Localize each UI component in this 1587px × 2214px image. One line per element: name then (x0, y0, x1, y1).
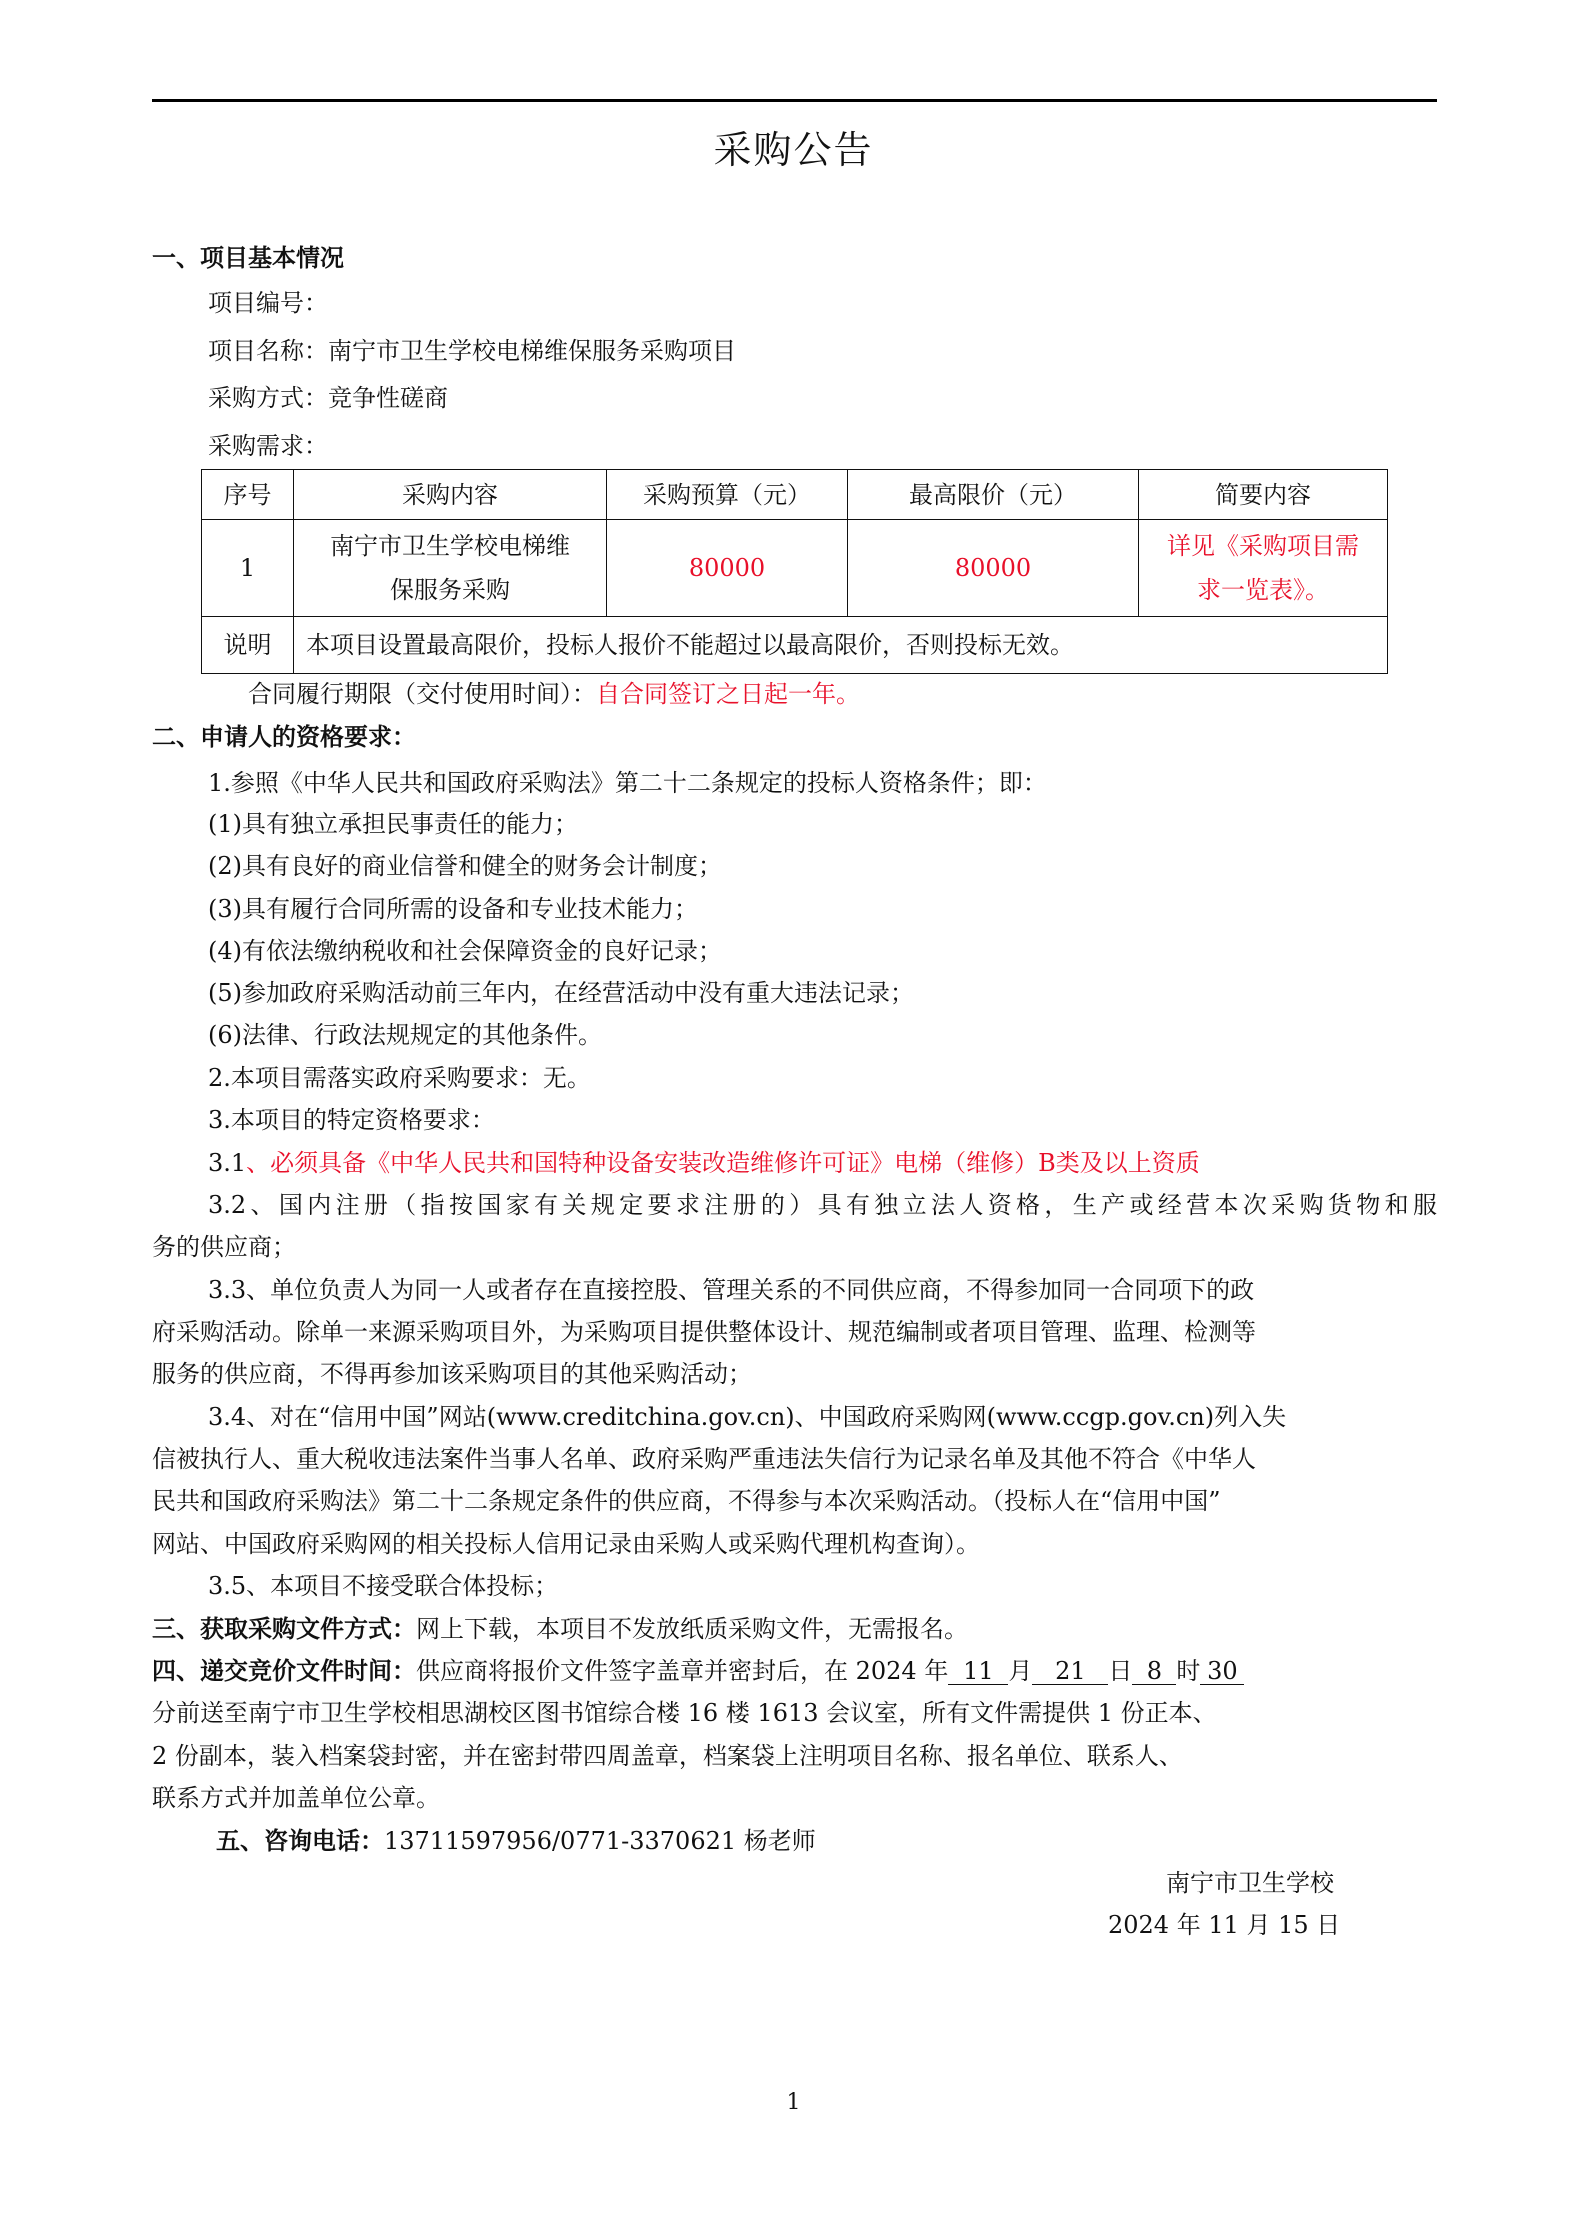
contract-period-label: 合同履行期限（交付使用时间）： (248, 680, 596, 708)
deadline-day: 21 (1032, 1658, 1108, 1685)
section3-row: 三、获取采购文件方式：网上下载，本项目不发放纸质采购文件，无需报名。 (152, 1613, 968, 1645)
item-3-5: 3.5、本项目不接受联合体投标； (208, 1570, 558, 1602)
qualification-item-3-1: 3.1、必须具备《中华人民共和国特种设备安装改造维修许可证》电梯（维修）B类及以… (208, 1147, 1200, 1179)
section5-heading: 五、咨询电话： (216, 1827, 384, 1855)
item-3-3-line: 府采购活动。除单一来源采购项目外，为采购项目提供整体设计、规范编制或者项目管理、… (152, 1316, 1256, 1348)
item-3-2-line: 务的供应商； (152, 1231, 296, 1263)
cell-content: 南宁市卫生学校电梯维 保服务采购 (294, 520, 607, 617)
section5-row: 五、咨询电话：13711597956/0771-3370621 杨老师 (216, 1825, 816, 1857)
qualification-sub-item: (2)具有良好的商业信誉和健全的财务会计制度； (208, 850, 722, 882)
contract-period-value: 自合同签订之日起一年。 (596, 680, 860, 708)
method-value: 竞争性磋商 (328, 384, 448, 412)
table-header-row: 序号 采购内容 采购预算（元） 最高限价（元） 简要内容 (202, 470, 1388, 520)
section4-text: 供应商将报价文件签字盖章并密封后，在 2024 年 (416, 1657, 948, 1685)
section4-row: 四、递交竞价文件时间：供应商将报价文件签字盖章并密封后，在 2024 年11月2… (152, 1655, 1244, 1687)
header-budget: 采购预算（元） (607, 470, 848, 520)
cell-no: 1 (202, 520, 294, 617)
table-row: 1 南宁市卫生学校电梯维 保服务采购 80000 80000 详见《采购项目需 … (202, 520, 1388, 617)
document-page: 采购公告 一、项目基本情况 项目编号： 项目名称：南宁市卫生学校电梯维保服务采购… (0, 0, 1587, 2214)
cell-max-price: 80000 (848, 520, 1139, 617)
cell-content-line2: 保服务采购 (300, 568, 600, 612)
project-name-label: 项目名称： (208, 337, 328, 365)
item-3-4-line: 网站、中国政府采购网的相关投标人信用记录由采购人或采购代理机构查询）。 (152, 1528, 980, 1560)
item-3-1-text: 、必须具备《中华人民共和国特种设备安装改造维修许可证》电梯（维修）B类及以上资质 (246, 1149, 1200, 1177)
section4-line: 分前送至南宁市卫生学校相思湖校区图书馆综合楼 16 楼 1613 会议室，所有文… (152, 1697, 1217, 1729)
qualification-sub-item: (1)具有独立承担民事责任的能力； (208, 808, 578, 840)
item-3-4-line: 信被执行人、重大税收违法案件当事人名单、政府采购严重违法失信行为记录名单及其他不… (152, 1443, 1256, 1475)
demand-label: 采购需求： (208, 430, 328, 462)
header-rule (152, 99, 1437, 102)
hour-unit: 时 (1176, 1657, 1200, 1685)
month-unit: 月 (1008, 1657, 1032, 1685)
header-no: 序号 (202, 470, 294, 520)
day-unit: 日 (1108, 1657, 1132, 1685)
page-number: 1 (0, 2090, 1587, 2115)
qualification-sub-item: (3)具有履行合同所需的设备和专业技术能力； (208, 893, 698, 925)
qualification-sub-item: (4)有依法缴纳税收和社会保障资金的良好记录； (208, 935, 722, 967)
signature-date: 2024 年 11 月 15 日 (1108, 1909, 1340, 1941)
section1-heading: 一、项目基本情况 (152, 242, 344, 274)
section3-text: 网上下载，本项目不发放纸质采购文件，无需报名。 (416, 1615, 968, 1643)
cell-summary: 详见《采购项目需 求一览表》。 (1139, 520, 1388, 617)
item-3-4-line: 民共和国政府采购法》第二十二条规定条件的供应商，不得参与本次采购活动。（投标人在… (152, 1485, 1221, 1517)
section4-line: 联系方式并加盖单位公章。 (152, 1782, 440, 1814)
section2-heading: 二、申请人的资格要求： (152, 721, 416, 753)
item-3-3-line: 服务的供应商，不得再参加该采购项目的其他采购活动； (152, 1358, 752, 1390)
item-3-1-prefix: 3.1 (208, 1149, 246, 1177)
cell-budget: 80000 (607, 520, 848, 617)
contact-phone: 13711597956/0771-3370621 杨老师 (384, 1827, 816, 1855)
signature-org: 南宁市卫生学校 (1166, 1867, 1334, 1899)
project-name-value: 南宁市卫生学校电梯维保服务采购项目 (328, 337, 736, 365)
section4-heading: 四、递交竞价文件时间： (152, 1657, 416, 1685)
header-content: 采购内容 (294, 470, 607, 520)
page-title: 采购公告 (0, 122, 1587, 178)
contract-period-row: 合同履行期限（交付使用时间）：自合同签订之日起一年。 (248, 678, 860, 710)
item-3-2-text: 3.2、国内注册（指按国家有关规定要求注册的）具有独立法人资格，生产或经营本次采… (208, 1191, 1437, 1219)
qualification-item-2: 2.本项目需落实政府采购要求：无。 (208, 1062, 591, 1094)
qualification-sub-item: (6)法律、行政法规规定的其他条件。 (208, 1019, 602, 1051)
qualification-sub-item: (5)参加政府采购活动前三年内，在经营活动中没有重大违法记录； (208, 977, 914, 1009)
item-3-2-line: 3.2、国内注册（指按国家有关规定要求注册的）具有独立法人资格，生产或经营本次采… (152, 1189, 1437, 1221)
deadline-month: 11 (948, 1658, 1008, 1685)
item-3-4-line: 3.4、对在“信用中国”网站(www.creditchina.gov.cn)、中… (208, 1401, 1286, 1433)
cell-content-line1: 南宁市卫生学校电梯维 (300, 524, 600, 568)
method-label: 采购方式： (208, 384, 328, 412)
project-no-row: 项目编号： (208, 287, 328, 319)
item-3-3-line: 3.3、单位负责人为同一人或者存在直接控股、管理关系的不同供应商，不得参加同一合… (208, 1274, 1254, 1306)
qualification-item-3: 3.本项目的特定资格要求： (208, 1104, 495, 1136)
cell-summary-line1: 详见《采购项目需 (1145, 524, 1381, 568)
qualification-item-1: 1.参照《中华人民共和国政府采购法》第二十二条规定的投标人资格条件；即： (208, 767, 1047, 799)
header-max-price: 最高限价（元） (848, 470, 1139, 520)
section4-line: 2 份副本，装入档案袋封密，并在密封带四周盖章，档案袋上注明项目名称、报名单位、… (152, 1740, 1183, 1772)
note-text: 本项目设置最高限价，投标人报价不能超过以最高限价，否则投标无效。 (294, 617, 1388, 674)
table-note-row: 说明 本项目设置最高限价，投标人报价不能超过以最高限价，否则投标无效。 (202, 617, 1388, 674)
note-label: 说明 (202, 617, 294, 674)
deadline-minute: 30 (1200, 1658, 1244, 1685)
project-name-row: 项目名称：南宁市卫生学校电梯维保服务采购项目 (208, 335, 736, 367)
deadline-hour: 8 (1132, 1658, 1176, 1685)
requirements-table: 序号 采购内容 采购预算（元） 最高限价（元） 简要内容 1 南宁市卫生学校电梯… (201, 469, 1388, 674)
project-no-label: 项目编号： (208, 289, 328, 317)
method-row: 采购方式：竞争性磋商 (208, 382, 448, 414)
section3-heading: 三、获取采购文件方式： (152, 1615, 416, 1643)
header-summary: 简要内容 (1139, 470, 1388, 520)
cell-summary-line2: 求一览表》。 (1145, 568, 1381, 612)
